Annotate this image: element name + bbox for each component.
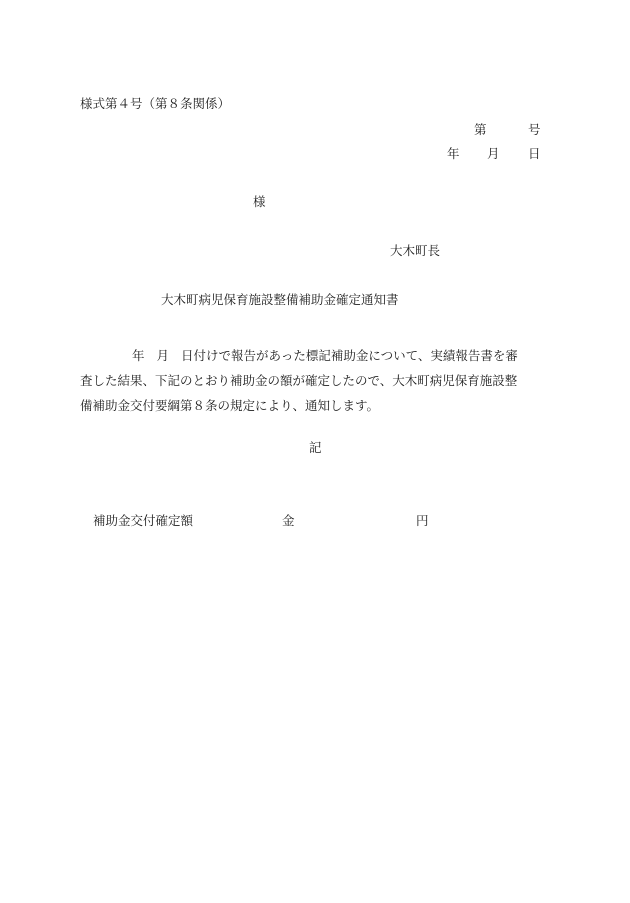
body-line-1: 年月日付けで報告があった標記補助金について、実績報告書を審: [80, 343, 552, 368]
body-line-3: 備補助金交付要綱第８条の規定により、通知します。: [80, 393, 552, 418]
document-title: 大木町病児保育施設整備補助金確定通知書: [161, 294, 399, 307]
amount-label: 補助金交付確定額: [93, 515, 193, 528]
doc-number-suffix: 号: [528, 124, 541, 137]
ki-heading: 記: [309, 442, 322, 455]
doc-number-prefix: 第: [474, 124, 487, 137]
date-day: 日: [528, 148, 541, 161]
issuer: 大木町長: [390, 245, 440, 258]
date-month: 月: [487, 148, 500, 161]
body-line-1-text: 日付けで報告があった標記補助金について、実績報告書を審: [181, 348, 518, 363]
form-label: 様式第４号（第８条関係）: [80, 98, 230, 111]
amount-yen: 円: [416, 515, 429, 528]
body-paragraph: 年月日付けで報告があった標記補助金について、実績報告書を審 査した結果、下記のと…: [80, 343, 552, 418]
date-year: 年: [447, 148, 460, 161]
addressee-suffix: 様: [253, 196, 266, 209]
body-line-2: 査した結果、下記のとおり補助金の額が確定したので、大木町病児保育施設整: [80, 368, 552, 393]
body-month: 月: [157, 348, 170, 363]
amount-kin: 金: [282, 515, 295, 528]
body-year: 年: [132, 348, 145, 363]
